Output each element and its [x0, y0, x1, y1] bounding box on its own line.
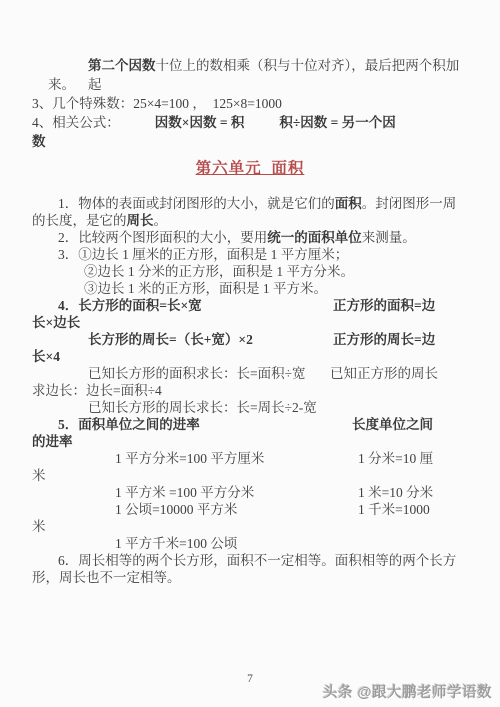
- item-2-line: 2．比较两个图形面积的大小，要用统一的面积单位来测量。: [32, 229, 468, 246]
- line-text: 的长度，是它的: [32, 213, 127, 228]
- conversion-left: 1 平方分米=100 平方厘米: [32, 450, 264, 467]
- conversion-left: 1 平方米 =100 平方分米: [32, 484, 254, 501]
- line-text: ③边长 1 米的正方形，面积是 1 平方米。: [84, 281, 327, 296]
- formula-left: 已知长方形的面积求长：长=面积÷宽: [32, 365, 306, 382]
- line-text: 。封闭图形一周: [362, 196, 457, 211]
- item-3-line-2: ②边长 1 分米的正方形，面积是 1 平方分米。: [32, 263, 468, 280]
- bold-phrase: 面积: [335, 196, 362, 211]
- line-text: 已知长方形的周长求长：长=周长÷2-宽: [88, 400, 317, 415]
- formula-row-rect-area: 4．长方形的面积=长×宽正方形的面积=边: [32, 297, 468, 314]
- bold-phrase: 周长: [127, 213, 154, 228]
- line-text: 长×4: [32, 349, 60, 364]
- unit-conversion-row-3: 1 公顷=10000 平方米1 千米=1000: [32, 501, 468, 518]
- formula-right: 长度单位之间: [352, 416, 433, 433]
- paragraph-line: 第二个因数十位上的数相乘（积与十位对齐），最后把两个积加起: [32, 56, 468, 75]
- formula-wrap-line: 求边长：边长=面积÷4: [32, 382, 468, 399]
- line-text: ②边长 1 分米的正方形，面积是 1 平方分米。: [84, 264, 354, 279]
- formula-left: 5．面积单位之间的进率: [32, 416, 200, 433]
- item-5-row: 5．面积单位之间的进率长度单位之间: [32, 416, 468, 433]
- top-section: 第二个因数十位上的数相乘（积与十位对齐），最后把两个积加起 来。 3、几个特殊数…: [32, 56, 468, 151]
- known-area-row: 已知长方形的面积求长：长=面积÷宽已知正方形的周长: [32, 365, 468, 382]
- related-formulas-line: 4、相关公式：因数×因数 = 积积÷因数 = 另一个因: [32, 113, 468, 132]
- line-text: 来。: [48, 77, 75, 92]
- item-3-line-1: 3．①边长 1 厘米的正方形，面积是 1 平方厘米；: [32, 246, 468, 263]
- formula-wrap-line: 的进率: [32, 433, 468, 450]
- formula-left: 长方形的周长=（长+宽）×2: [32, 331, 253, 348]
- document-page: 第二个因数十位上的数相乘（积与十位对齐），最后把两个积加起 来。 3、几个特殊数…: [0, 0, 500, 707]
- conversion-wrap-line: 米: [32, 467, 468, 484]
- formula-right: 已知正方形的周长: [330, 365, 438, 382]
- formula-right: 正方形的周长=边: [333, 331, 435, 348]
- conversion-right: 1 米=10 分米: [358, 484, 433, 501]
- conversion-left: 1 平方千米=100 公顷: [115, 536, 237, 551]
- conversion-right: 1 分米=10 厘: [358, 450, 433, 467]
- line-text: 2．比较两个图形面积的大小，要用: [58, 230, 267, 245]
- line-text: 。: [154, 213, 168, 228]
- formula: 因数×因数 = 积: [155, 115, 245, 130]
- unit-conversion-row-2: 1 平方米 =100 平方分米1 米=10 分米: [32, 484, 468, 501]
- unit-section: 1．物体的表面或封闭图形的大小，就是它们的面积。封闭图形一周 的长度，是它的周长…: [32, 195, 468, 586]
- item-6-line-1: 6．周长相等的两个长方形，面积不一定相等。面积相等的两个长方: [32, 552, 468, 569]
- item-3-line-3: ③边长 1 米的正方形，面积是 1 平方米。: [32, 280, 468, 297]
- known-perimeter-line: 已知长方形的周长求长：长=周长÷2-宽: [32, 399, 468, 416]
- item-1-line-2: 的长度，是它的周长。: [32, 212, 468, 229]
- line-text: 3、几个特殊数：25×4=100 ， 125×8=1000: [32, 96, 282, 111]
- line-text: 数: [32, 134, 46, 149]
- paragraph-wrap-line: 来。: [32, 75, 468, 94]
- item-6-line-2: 形，周长也不一定相等。: [32, 569, 468, 586]
- line-text: 米: [32, 519, 46, 534]
- unit-conversion-row-4: 1 平方千米=100 公顷: [32, 535, 468, 552]
- line-label: 4、相关公式：: [32, 115, 120, 130]
- unit-conversion-row-1: 1 平方分米=100 平方厘米1 分米=10 厘: [32, 450, 468, 467]
- item-1-line-1: 1．物体的表面或封闭图形的大小，就是它们的面积。封闭图形一周: [32, 195, 468, 212]
- formula-left: 4．长方形的面积=长×宽: [32, 297, 202, 314]
- formula-row-rect-perimeter: 长方形的周长=（长+宽）×2正方形的周长=边: [32, 331, 468, 348]
- section-title: 第六单元 面积: [196, 160, 305, 177]
- formula-right: 正方形的面积=边: [333, 297, 435, 314]
- bold-phrase: 统一的面积单位: [267, 230, 362, 245]
- conversion-right: 1 千米=1000: [358, 501, 430, 518]
- line-text: 1．物体的表面或封闭图形的大小，就是它们的: [58, 196, 335, 211]
- line-text: 6．周长相等的两个长方形，面积不一定相等。面积相等的两个长方: [58, 553, 456, 568]
- line-text: 形，周长也不一定相等。: [32, 570, 181, 585]
- line-text: 求边长：边长=面积÷4: [32, 383, 162, 398]
- formula-wrap-line: 长×边长: [32, 314, 468, 331]
- title-row: 第六单元 面积: [32, 159, 468, 179]
- paragraph-wrap-line: 数: [32, 132, 468, 151]
- formula-wrap-line: 长×4: [32, 348, 468, 365]
- conversion-wrap-line: 米: [32, 518, 468, 535]
- line-text: 的进率: [32, 434, 73, 449]
- line-text: 3．①边长 1 厘米的正方形，面积是 1 平方厘米；: [58, 247, 348, 262]
- special-numbers-line: 3、几个特殊数：25×4=100 ， 125×8=1000: [32, 94, 468, 113]
- bold-phrase: 第二个因数: [88, 58, 156, 73]
- line-text: 长×边长: [32, 315, 80, 330]
- line-text: 来测量。: [362, 230, 416, 245]
- toutiao-watermark: 头条 @跟大鹏老师学语数: [323, 681, 492, 702]
- line-text: 米: [32, 468, 46, 483]
- conversion-left: 1 公顷=10000 平方米: [32, 501, 237, 518]
- formula: 积÷因数 = 另一个因: [279, 115, 395, 130]
